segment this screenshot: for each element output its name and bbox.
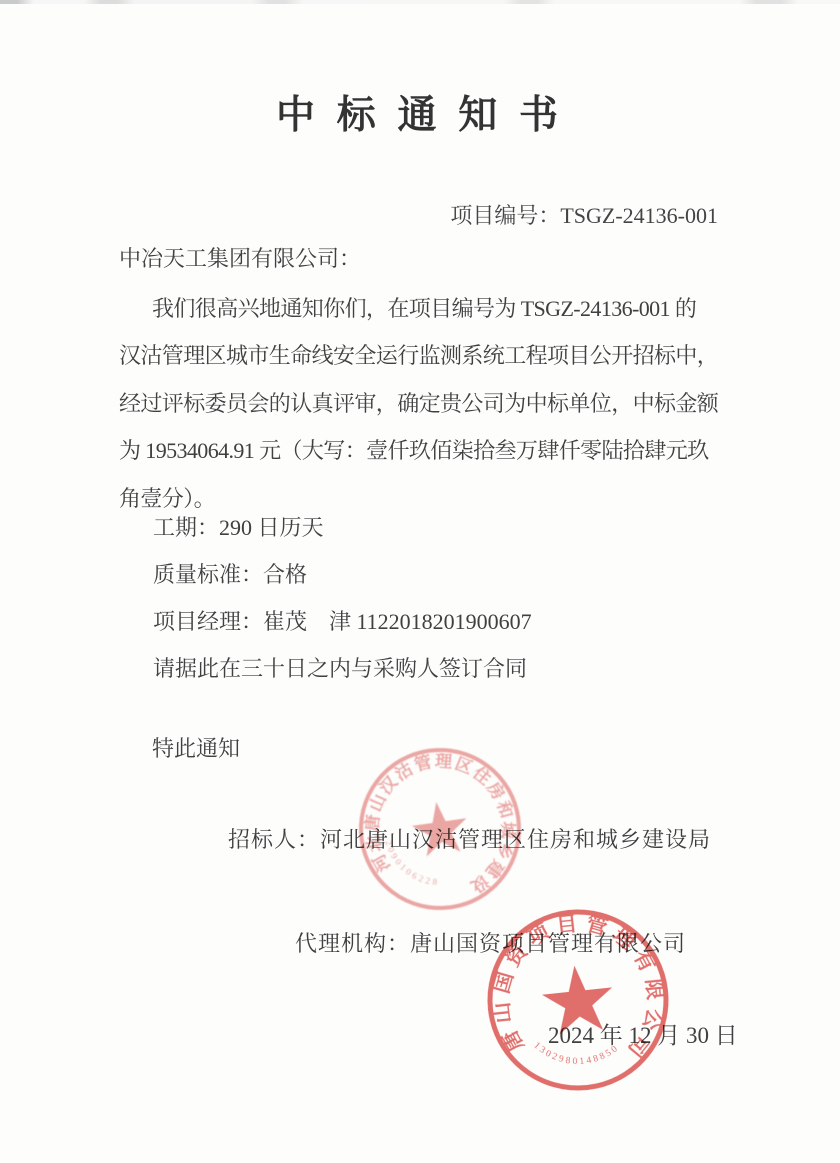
bidder-value: 河北唐山汉沽管理区住房和城乡建设局: [320, 827, 711, 852]
document-title: 中 标 通 知 书: [0, 84, 840, 140]
date-line: 2024 年 12 月 30 日: [548, 1022, 738, 1049]
recipient-line: 中冶天工集团有限公司：: [119, 246, 361, 272]
detail-line-quality: 质量标准：合格: [153, 562, 307, 588]
body-line: 角壹分）。: [119, 486, 215, 512]
document-page: 中 标 通 知 书 项目编号：TSGZ-24136-001 中冶天工集团有限公司…: [0, 0, 840, 1163]
bidder-label: 招标人：: [228, 827, 320, 852]
agency-signature-line: 代理机构：唐山国资项目管理有限公司: [295, 931, 686, 957]
project-number-label: 项目编号：: [450, 203, 560, 228]
detail-line-contract: 请据此在三十日之内与采购人签订合同: [153, 656, 527, 682]
detail-line-duration: 工期：290 日历天: [153, 515, 324, 541]
agency-value: 唐山国资项目管理有限公司: [410, 931, 686, 956]
body-line: 为 19534064.91 元（大写：壹仟玖佰柒拾叁万肆仟零陆拾肆元玖: [119, 438, 709, 464]
scan-edge-artifact: [0, 0, 840, 4]
seal-circular-text: 唐山国资项目管理有限公司: [481, 903, 675, 1082]
agency-label: 代理机构：: [295, 931, 410, 956]
agency-seal-stamp: 唐山国资项目管理有限公司 1302980148850 ★: [446, 868, 710, 1132]
project-number-value: TSGZ-24136-001: [560, 203, 718, 228]
body-line: 经过评标委员会的认真评审，确定贵公司为中标单位，中标金额: [119, 391, 718, 417]
bidder-signature-line: 招标人：河北唐山汉沽管理区住房和城乡建设局: [228, 827, 711, 853]
body-line: 汉沽管理区城市生命线安全运行监测系统工程项目公开招标中，: [119, 343, 718, 369]
project-number-line: 项目编号：TSGZ-24136-001: [450, 199, 718, 230]
body-line: 我们很高兴地通知你们，在项目编号为 TSGZ-24136-001 的: [152, 296, 696, 322]
detail-line-manager: 项目经理：崔茂 津 1122018201900607: [153, 609, 532, 635]
closing-line: 特此通知: [152, 736, 240, 762]
